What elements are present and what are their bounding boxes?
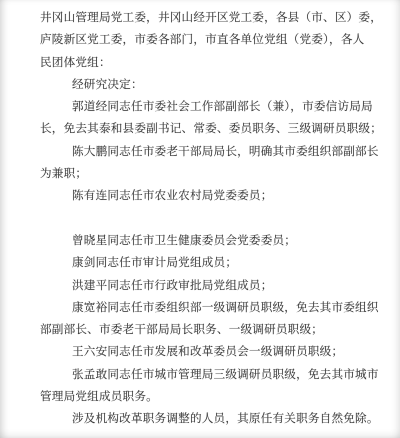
document-text-block: 井冈山管理局党工委，井冈山经开区党工委，各县（市、区）委，庐陵新区党工委，市委各… [40,7,376,431]
document-line: 部副部长、市委老干部局局长职务、一级调研员职级； [40,319,376,341]
document-line: 陈大鹏同志任市委老干部局局长，明确其市委组织部副部长 [40,141,376,163]
document-line: 井冈山管理局党工委，井冈山经开区党工委，各县（市、区）委， [40,7,376,29]
document-line: 涉及机构改革职务调整的人员，其原任有关职务自然免除。 [40,408,376,430]
document-page: 井冈山管理局党工委，井冈山经开区党工委，各县（市、区）委，庐陵新区党工委，市委各… [0,0,400,438]
document-line: 管理局党组成员职务。 [40,386,376,408]
document-line: 张孟敢同志任市城市管理局三级调研员职级，免去其市城市 [40,364,376,386]
document-line: 陈有连同志任市农业农村局党委委员； [40,185,376,207]
document-line: 康剑同志任市审计局党组成员； [40,252,376,274]
document-line: 民团体党组： [40,52,376,74]
document-line: 康宽裕同志任市委组织部一级调研员职级，免去其市委组织 [40,297,376,319]
document-line: 王六安同志任市发展和改革委员会一级调研员职级； [40,341,376,363]
document-line: 郭道经同志任市委社会工作部副部长（兼），市委信访局局 [40,96,376,118]
document-line: 经研究决定： [40,74,376,96]
document-line: 长，免去其泰和县委副书记、常委、委员职务、三级调研员职级； [40,118,376,140]
document-line: 为兼职； [40,163,376,185]
document-line: 曾晓星同志任市卫生健康委员会党委委员； [40,230,376,252]
document-line: 庐陵新区党工委，市委各部门，市直各单位党组（党委），各人 [40,29,376,51]
document-line: 洪建平同志任市行政审批局党组成员； [40,275,376,297]
document-blank-line [40,208,376,230]
